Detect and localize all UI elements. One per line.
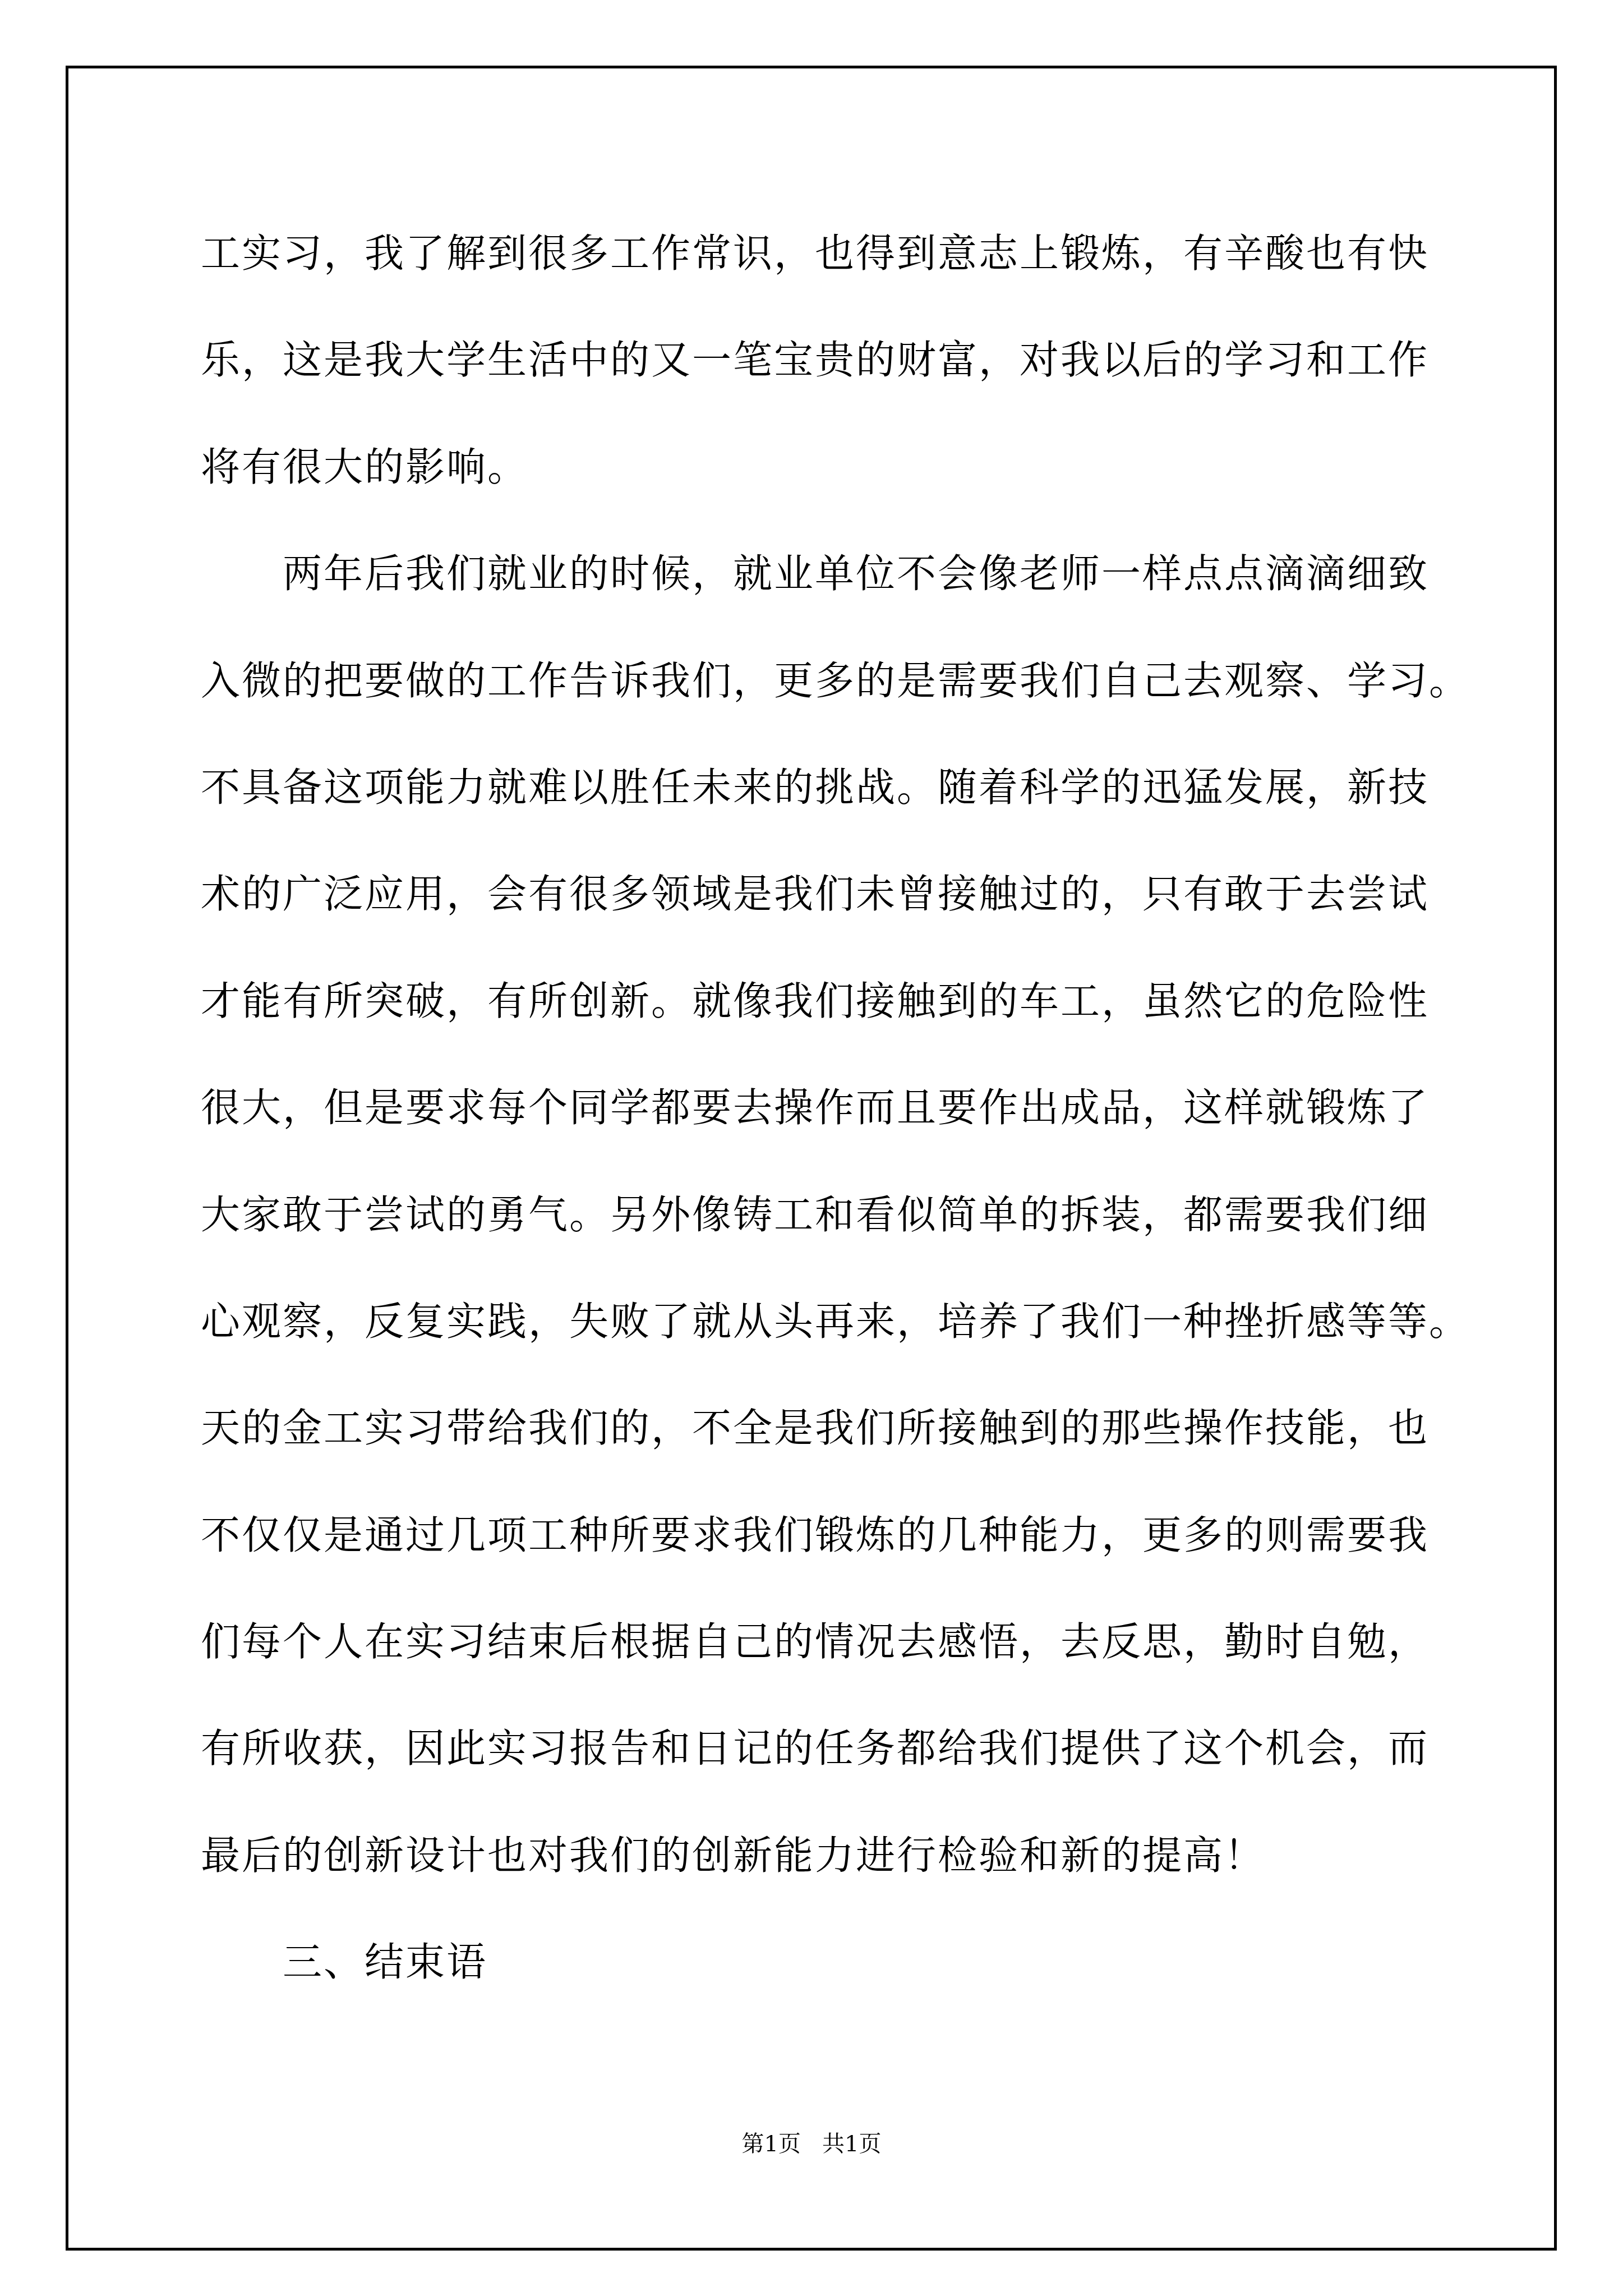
text-line: 天的金工实习带给我们的，不全是我们所接触到的那些操作技能，也	[201, 1395, 1451, 1501]
page-number-footer: 第1页 共1页	[0, 2129, 1623, 2159]
text-line: 将有很大的影响。	[201, 434, 1451, 540]
text-line: 最后的创新设计也对我们的创新能力进行检验和新的提高！	[201, 1822, 1451, 1929]
text-line: 才能有所突破，有所创新。就像我们接触到的车工，虽然它的危险性	[201, 968, 1451, 1074]
text-line: 术的广泛应用，会有很多领域是我们未曾接触过的，只有敢于去尝试	[201, 861, 1451, 967]
text-line: 有所收获，因此实习报告和日记的任务都给我们提供了这个机会，而	[201, 1715, 1451, 1821]
document-body: 工实习，我了解到很多工作常识，也得到意志上锻炼，有辛酸也有快 乐，这是我大学生活…	[201, 220, 1451, 2036]
text-line: 们每个人在实习结束后根据自己的情况去感悟，去反思，勤时自勉，	[201, 1608, 1451, 1715]
text-line: 很大，但是要求每个同学都要去操作而且要作出成品，这样就锻炼了	[201, 1074, 1451, 1181]
text-line: 乐，这是我大学生活中的又一笔宝贵的财富，对我以后的学习和工作	[201, 326, 1451, 433]
text-line: 入微的把要做的工作告诉我们，更多的是需要我们自己去观察、学习。	[201, 647, 1451, 754]
text-line: 工实习，我了解到很多工作常识，也得到意志上锻炼，有辛酸也有快	[201, 220, 1451, 326]
text-line: 不仅仅是通过几项工种所要求我们锻炼的几种能力，更多的则需要我	[201, 1502, 1451, 1608]
section-heading: 三、结束语	[201, 1929, 1451, 2035]
text-line: 心观察，反复实践，失败了就从头再来，培养了我们一种挫折感等等。	[201, 1288, 1451, 1395]
text-line: 不具备这项能力就难以胜任未来的挑战。随着科学的迅猛发展，新技	[201, 754, 1451, 861]
text-line: 大家敢于尝试的勇气。另外像铸工和看似简单的拆装，都需要我们细	[201, 1181, 1451, 1288]
paragraph-start-line: 两年后我们就业的时候，就业单位不会像老师一样点点滴滴细致	[201, 540, 1451, 647]
